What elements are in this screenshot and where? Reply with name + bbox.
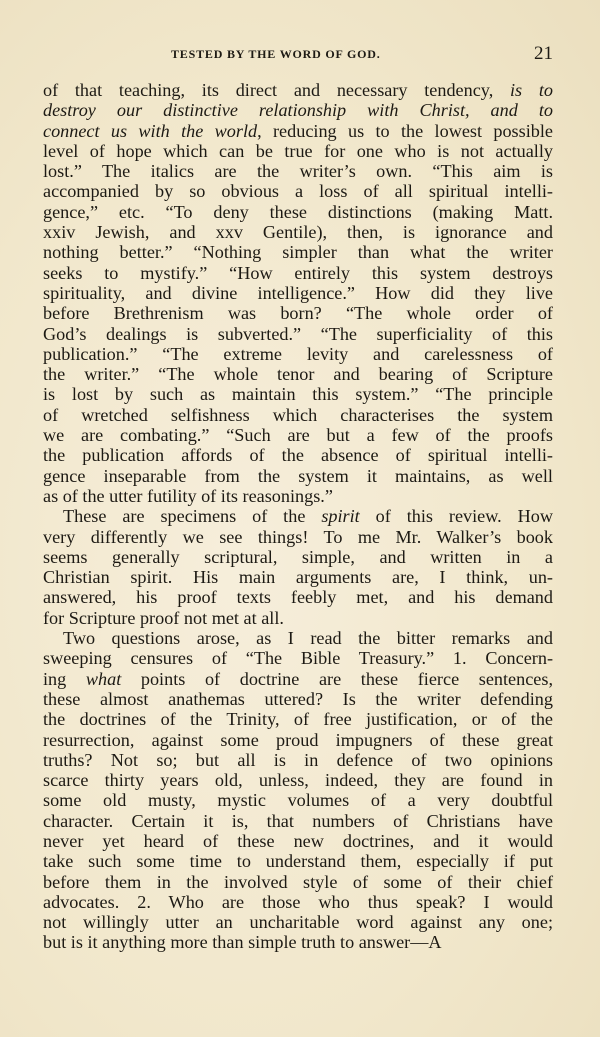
text-line: resurrection, against some proud impugne…: [43, 730, 553, 750]
text-line: spirituality, and divine intelligence.” …: [43, 283, 553, 303]
text-line: but is it anything more than simple trut…: [43, 932, 553, 952]
text-run: publication.” “The extreme levity and ca…: [43, 344, 553, 364]
text-line: the publication affords of the absence o…: [43, 445, 553, 465]
paragraph: These are specimens of the spirit of thi…: [43, 506, 553, 628]
text-run: sweeping censures of “The Bible Treasury…: [43, 648, 553, 668]
text-line: we are combating.” “Such are but a few o…: [43, 425, 553, 445]
text-line: Two questions arose, as I read the bitte…: [43, 628, 553, 648]
text-line: destroy our distinctive relationship wit…: [43, 100, 553, 120]
text-run: we are combating.” “Such are but a few o…: [43, 425, 553, 445]
text-run: before them in the involved style of som…: [43, 872, 553, 892]
text-line: advocates. 2. Who are those who thus spe…: [43, 892, 553, 912]
text-run: nothing better.” “Nothing simpler than w…: [43, 242, 553, 262]
text-line: take such some time to understand them, …: [43, 851, 553, 871]
page-number: 21: [534, 43, 553, 65]
text-line: is lost by such as maintain this system.…: [43, 384, 553, 404]
text-line: some old musty, mystic volumes of a very…: [43, 790, 553, 810]
text-line: accompanied by so obvious a loss of all …: [43, 181, 553, 201]
text-line: as of the utter futility of its reasonin…: [43, 486, 553, 506]
text-line: these almost anathemas uttered? Is the w…: [43, 689, 553, 709]
text-line: for Scripture proof not met at all.: [43, 608, 553, 628]
text-run: gence inseparable from the system it mai…: [43, 466, 553, 486]
text-line: gence,” etc. “To deny these distinctions…: [43, 202, 553, 222]
running-head: TESTED BY THE WORD OF GOD. 21: [43, 43, 553, 65]
paragraph: of that teaching, its direct and necessa…: [43, 80, 553, 506]
text-line: Christian spirit. His main arguments are…: [43, 567, 553, 587]
text-run: the publication affords of the absence o…: [43, 445, 553, 465]
text-run: seeks to mystify.” “How entirely this sy…: [43, 263, 553, 283]
text-run: is lost by such as maintain this system.…: [43, 384, 553, 404]
text-run: God’s dealings is subverted.” “The super…: [43, 324, 553, 344]
text-line: level of hope which can be true for one …: [43, 141, 553, 161]
text-line: seeks to mystify.” “How entirely this sy…: [43, 263, 553, 283]
text-run: lost.” The italics are the writer’s own.…: [43, 161, 553, 181]
text-line: God’s dealings is subverted.” “The super…: [43, 324, 553, 344]
text-run: scarce thirty years old, unless, indeed,…: [43, 770, 553, 790]
text-line: scarce thirty years old, unless, indeed,…: [43, 770, 553, 790]
text-line: These are specimens of the spirit of thi…: [43, 506, 553, 526]
text-line: before them in the involved style of som…: [43, 872, 553, 892]
text-run: level of hope which can be true for one …: [43, 141, 553, 161]
text-line: not willingly utter an uncharitable word…: [43, 912, 553, 932]
text-run: of wretched selfishness which characteri…: [43, 405, 553, 425]
body-text: of that teaching, its direct and necessa…: [43, 80, 553, 953]
text-run: the writer.” “The whole tenor and bearin…: [43, 364, 553, 384]
running-title: TESTED BY THE WORD OF GOD.: [171, 47, 381, 62]
text-run: of this review. How: [360, 506, 553, 526]
text-line: nothing better.” “Nothing simpler than w…: [43, 242, 553, 262]
text-run: These are specimens of the: [63, 506, 321, 526]
text-line: of that teaching, its direct and necessa…: [43, 80, 553, 100]
text-line: answered, his proof texts feebly met, an…: [43, 587, 553, 607]
text-line: never yet heard of these new doctrines, …: [43, 831, 553, 851]
text-run: resurrection, against some proud impugne…: [43, 730, 553, 750]
text-run: advocates. 2. Who are those who thus spe…: [43, 892, 553, 912]
text-run: very differently we see things! To me Mr…: [43, 527, 553, 547]
italic-text: connect us with the world: [43, 121, 257, 141]
text-run: these almost anathemas uttered? Is the w…: [43, 689, 553, 709]
text-run: not willingly utter an uncharitable word…: [43, 912, 553, 932]
text-run: truths? Not so; but all is in defence of…: [43, 750, 553, 770]
text-run: , reducing us to the lowest possible: [257, 121, 553, 141]
text-run: of that teaching, its direct and necessa…: [43, 80, 510, 100]
text-run: character. Certain it is, that numbers o…: [43, 811, 553, 831]
text-run: answered, his proof texts feebly met, an…: [43, 587, 553, 607]
paragraph: Two questions arose, as I read the bitte…: [43, 628, 553, 953]
text-line: gence inseparable from the system it mai…: [43, 466, 553, 486]
text-line: the writer.” “The whole tenor and bearin…: [43, 364, 553, 384]
text-run: for Scripture proof not met at all.: [43, 608, 284, 628]
text-run: Christian spirit. His main arguments are…: [43, 567, 553, 587]
italic-text: what: [86, 669, 121, 689]
italic-text: spirit: [321, 506, 359, 526]
text-run: before Brethrenism was born? “The whole …: [43, 303, 553, 323]
text-line: sweeping censures of “The Bible Treasury…: [43, 648, 553, 668]
italic-text: is to: [510, 80, 553, 100]
text-line: ing what points of doctrine are these fi…: [43, 669, 553, 689]
text-run: as of the utter futility of its reasonin…: [43, 486, 333, 506]
text-run: some old musty, mystic volumes of a very…: [43, 790, 553, 810]
text-line: truths? Not so; but all is in defence of…: [43, 750, 553, 770]
text-line: the doctrines of the Trinity, of free ju…: [43, 709, 553, 729]
text-run: ing: [43, 669, 86, 689]
text-line: lost.” The italics are the writer’s own.…: [43, 161, 553, 181]
text-run: gence,” etc. “To deny these distinctions…: [43, 202, 553, 222]
text-run: the doctrines of the Trinity, of free ju…: [43, 709, 553, 729]
text-run: accompanied by so obvious a loss of all …: [43, 181, 553, 201]
text-run: spirituality, and divine intelligence.” …: [43, 283, 553, 303]
text-line: publication.” “The extreme levity and ca…: [43, 344, 553, 364]
text-run: points of doctrine are these fierce sent…: [121, 669, 553, 689]
text-run: xxiv Jewish, and xxv Gentile), then, is …: [43, 222, 553, 242]
text-line: xxiv Jewish, and xxv Gentile), then, is …: [43, 222, 553, 242]
text-run: seems generally scriptural, simple, and …: [43, 547, 553, 567]
text-run: take such some time to understand them, …: [43, 851, 553, 871]
text-line: before Brethrenism was born? “The whole …: [43, 303, 553, 323]
text-line: of wretched selfishness which characteri…: [43, 405, 553, 425]
italic-text: destroy our distinctive relationship wit…: [43, 100, 553, 120]
text-line: seems generally scriptural, simple, and …: [43, 547, 553, 567]
text-line: character. Certain it is, that numbers o…: [43, 811, 553, 831]
text-line: connect us with the world, reducing us t…: [43, 121, 553, 141]
text-run: Two questions arose, as I read the bitte…: [63, 628, 553, 648]
text-line: very differently we see things! To me Mr…: [43, 527, 553, 547]
text-run: never yet heard of these new doctrines, …: [43, 831, 553, 851]
text-run: but is it anything more than simple trut…: [43, 932, 442, 952]
